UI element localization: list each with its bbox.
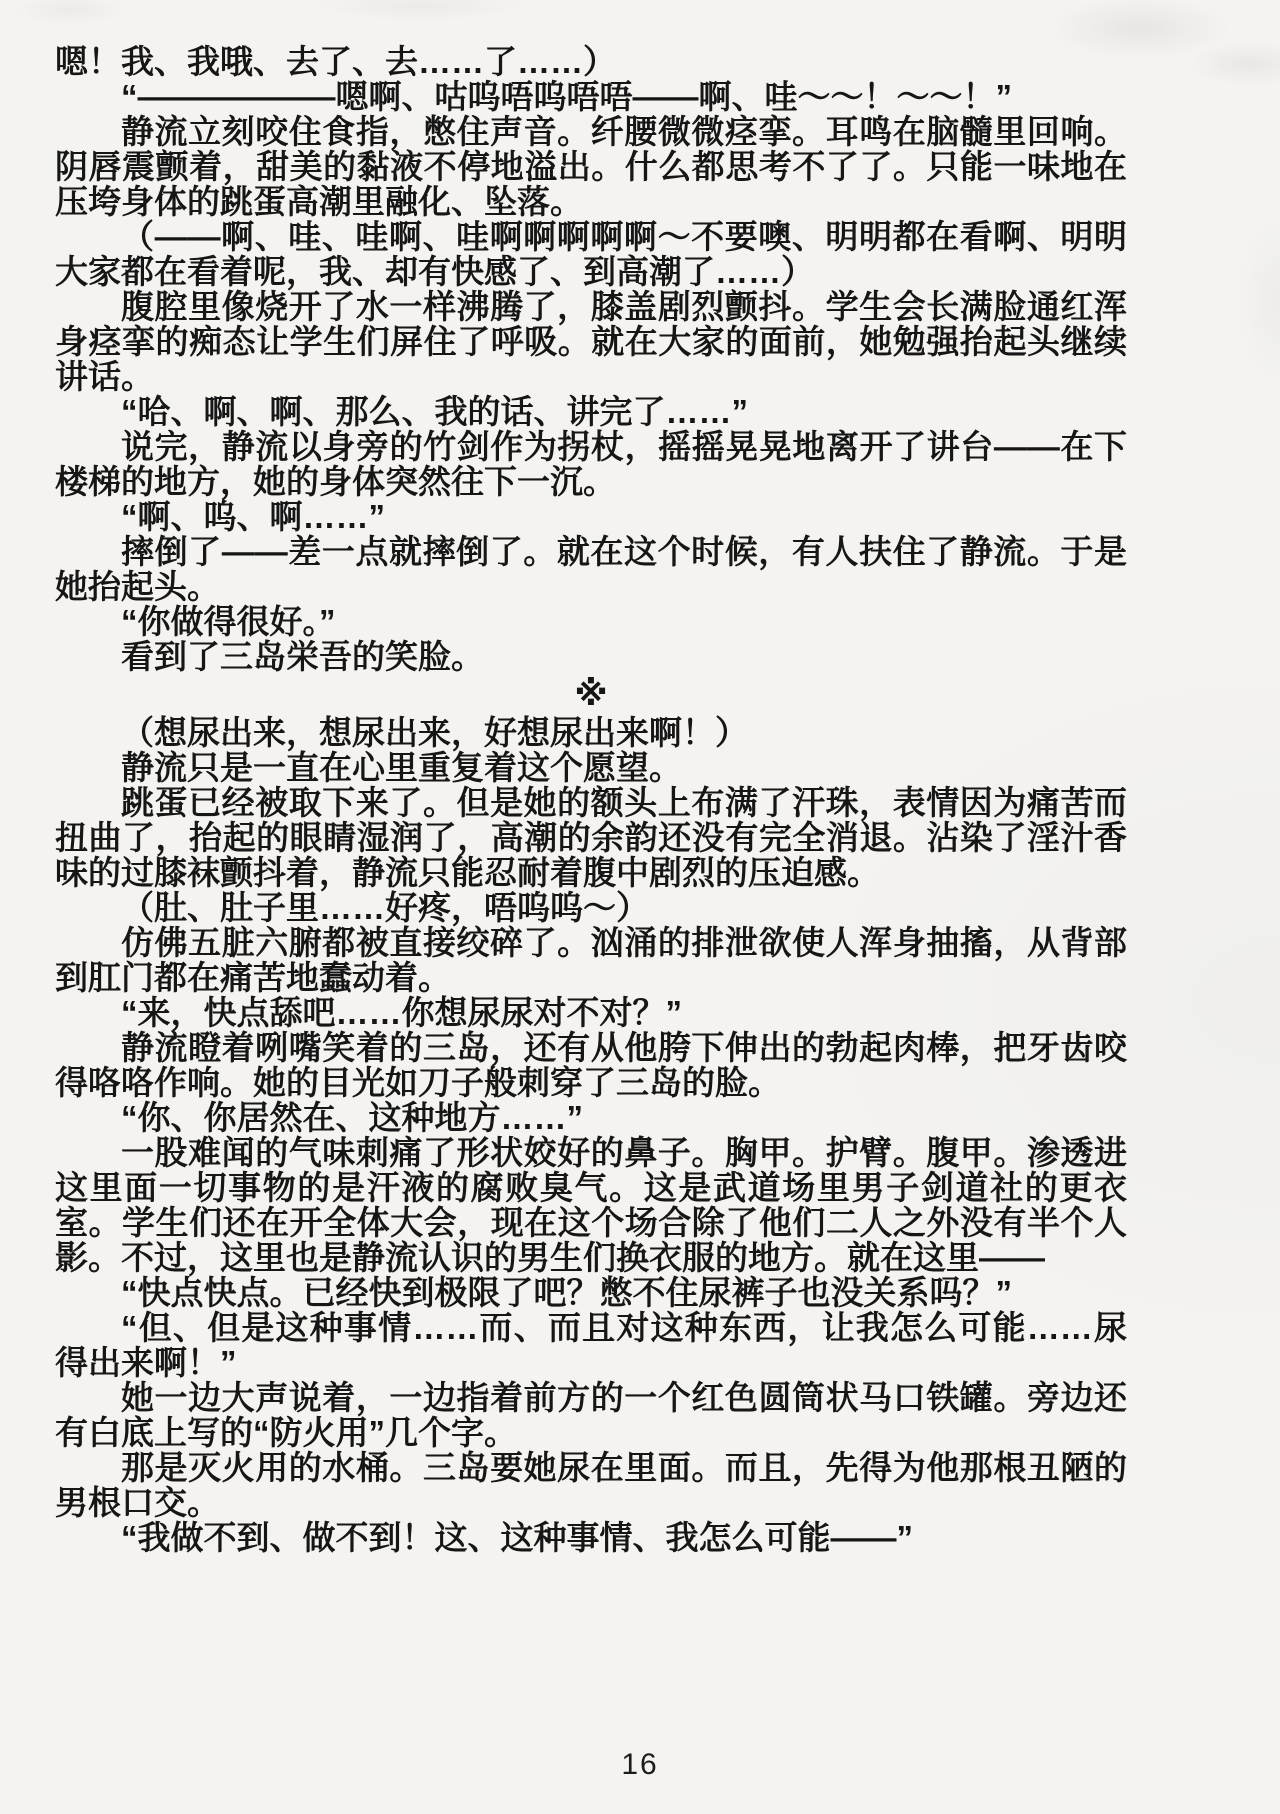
- paragraph: 看到了三岛栄吾的笑脸。: [55, 639, 1127, 674]
- paragraph: “你做得很好。”: [55, 604, 1127, 639]
- paragraph: 腹腔里像烧开了水一样沸腾了，膝盖剧烈颤抖。学生会长满脸通红浑身痉挛的痴态让学生们…: [55, 289, 1127, 394]
- paragraph: （——啊、哇、哇啊、哇啊啊啊啊啊～不要噢、明明都在看啊、明明大家都在看着呢，我、…: [55, 219, 1127, 289]
- paragraph: “快点快点。已经快到极限了吧？憋不住尿裤子也没关系吗？”: [55, 1275, 1127, 1310]
- paragraph: “哈、啊、啊、那么、我的话、讲完了……”: [55, 394, 1127, 429]
- paragraph: 静流立刻咬住食指，憋住声音。纤腰微微痉挛。耳鸣在脑髓里回响。阴唇震颤着，甜美的黏…: [55, 114, 1127, 219]
- paragraph: 说完，静流以身旁的竹剑作为拐杖，摇摇晃晃地离开了讲台——在下楼梯的地方，她的身体…: [55, 429, 1127, 499]
- paragraph: 跳蛋已经被取下来了。但是她的额头上布满了汗珠，表情因为痛苦而扭曲了，抬起的眼睛湿…: [55, 785, 1127, 890]
- paragraph: “我做不到、做不到！这、这种事情、我怎么可能——”: [55, 1520, 1127, 1555]
- paragraph: “来，快点舔吧……你想尿尿对不对？”: [55, 995, 1127, 1030]
- paragraph: 她一边大声说着，一边指着前方的一个红色圆筒状马口铁罐。旁边还有白底上写的“防火用…: [55, 1380, 1127, 1450]
- paragraph: 摔倒了——差一点就摔倒了。就在这个时候，有人扶住了静流。于是她抬起头。: [55, 534, 1127, 604]
- paragraph: 一股难闻的气味刺痛了形状姣好的鼻子。胸甲。护臂。腹甲。渗透进这里面一切事物的是汗…: [55, 1135, 1127, 1275]
- paragraph: （肚、肚子里……好疼，唔呜呜～）: [55, 890, 1127, 925]
- page-text: 嗯！我、我哦、去了、去……了……） “——————嗯啊、咕呜唔呜唔唔——啊、哇～…: [55, 44, 1127, 1555]
- paragraph: 仿佛五脏六腑都被直接绞碎了。汹涌的排泄欲使人浑身抽搐，从背部到肛门都在痛苦地蠢动…: [55, 925, 1127, 995]
- paragraph: “——————嗯啊、咕呜唔呜唔唔——啊、哇～～！～～！”: [55, 79, 1127, 114]
- paragraph: “但、但是这种事情……而、而且对这种东西，让我怎么可能……尿得出来啊！”: [55, 1310, 1127, 1380]
- paragraph: （想尿出来，想尿出来，好想尿出来啊！）: [55, 715, 1127, 750]
- paragraph: 静流只是一直在心里重复着这个愿望。: [55, 750, 1127, 785]
- section-divider: ※: [55, 677, 1127, 712]
- paragraph: “啊、呜、啊……”: [55, 499, 1127, 534]
- paragraph: “你、你居然在、这种地方……”: [55, 1100, 1127, 1135]
- paragraph: 那是灭火用的水桶。三岛要她尿在里面。而且，先得为他那根丑陋的男根口交。: [55, 1450, 1127, 1520]
- page-number: 16: [0, 1748, 1280, 1782]
- paragraph: 嗯！我、我哦、去了、去……了……）: [55, 44, 1127, 79]
- paragraph: 静流瞪着咧嘴笑着的三岛，还有从他胯下伸出的勃起肉棒，把牙齿咬得咯咯作响。她的目光…: [55, 1030, 1127, 1100]
